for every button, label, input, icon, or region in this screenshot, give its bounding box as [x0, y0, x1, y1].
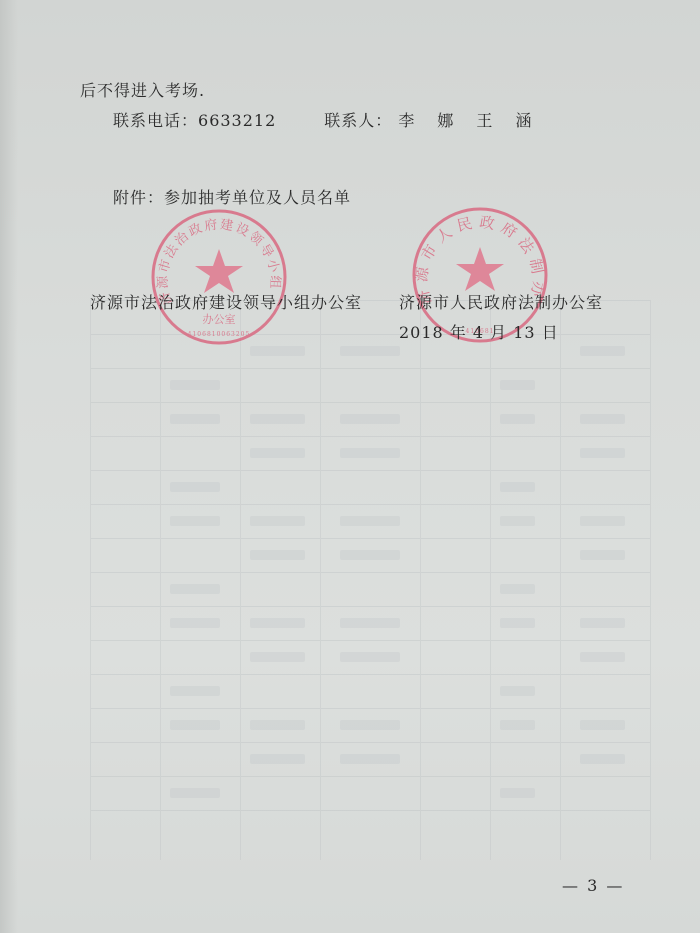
- attachment-title: 参加抽考单位及人员名单: [164, 188, 351, 207]
- phone-number: 6633212: [198, 111, 276, 130]
- phone-label: 联系电话：: [113, 111, 198, 130]
- signature-right-org: 济源市人民政府法制办公室: [399, 290, 603, 313]
- reverse-side-bleed-through: [90, 300, 650, 860]
- body-text-line: 后不得进入考场.: [80, 78, 205, 101]
- contact-person-label: 联系人：: [324, 111, 392, 130]
- attachment-line: 附件：参加抽考单位及人员名单: [113, 185, 351, 208]
- attachment-label: 附件：: [113, 188, 164, 207]
- signature-date: 2018 年 4 月 13 日: [399, 320, 559, 343]
- seal-code: 4106810063205: [188, 331, 251, 338]
- contact-persons: 李娜王涵: [398, 111, 554, 130]
- star-icon: [456, 247, 504, 291]
- seal-bottom-text: 办公室: [203, 312, 236, 326]
- signature-left-org: 济源市法治政府建设领导小组办公室: [90, 290, 362, 313]
- star-icon: [195, 249, 243, 293]
- document-page: 济源市法治政府建设领导小组 办公室 4106810063205 济源市人民政府法…: [0, 0, 700, 933]
- contact-line: 联系电话：6633212联系人： 李娜王涵: [113, 108, 554, 131]
- official-seal-left: 济源市法治政府建设领导小组 办公室 4106810063205: [150, 207, 288, 347]
- page-number: — 3 —: [562, 876, 624, 895]
